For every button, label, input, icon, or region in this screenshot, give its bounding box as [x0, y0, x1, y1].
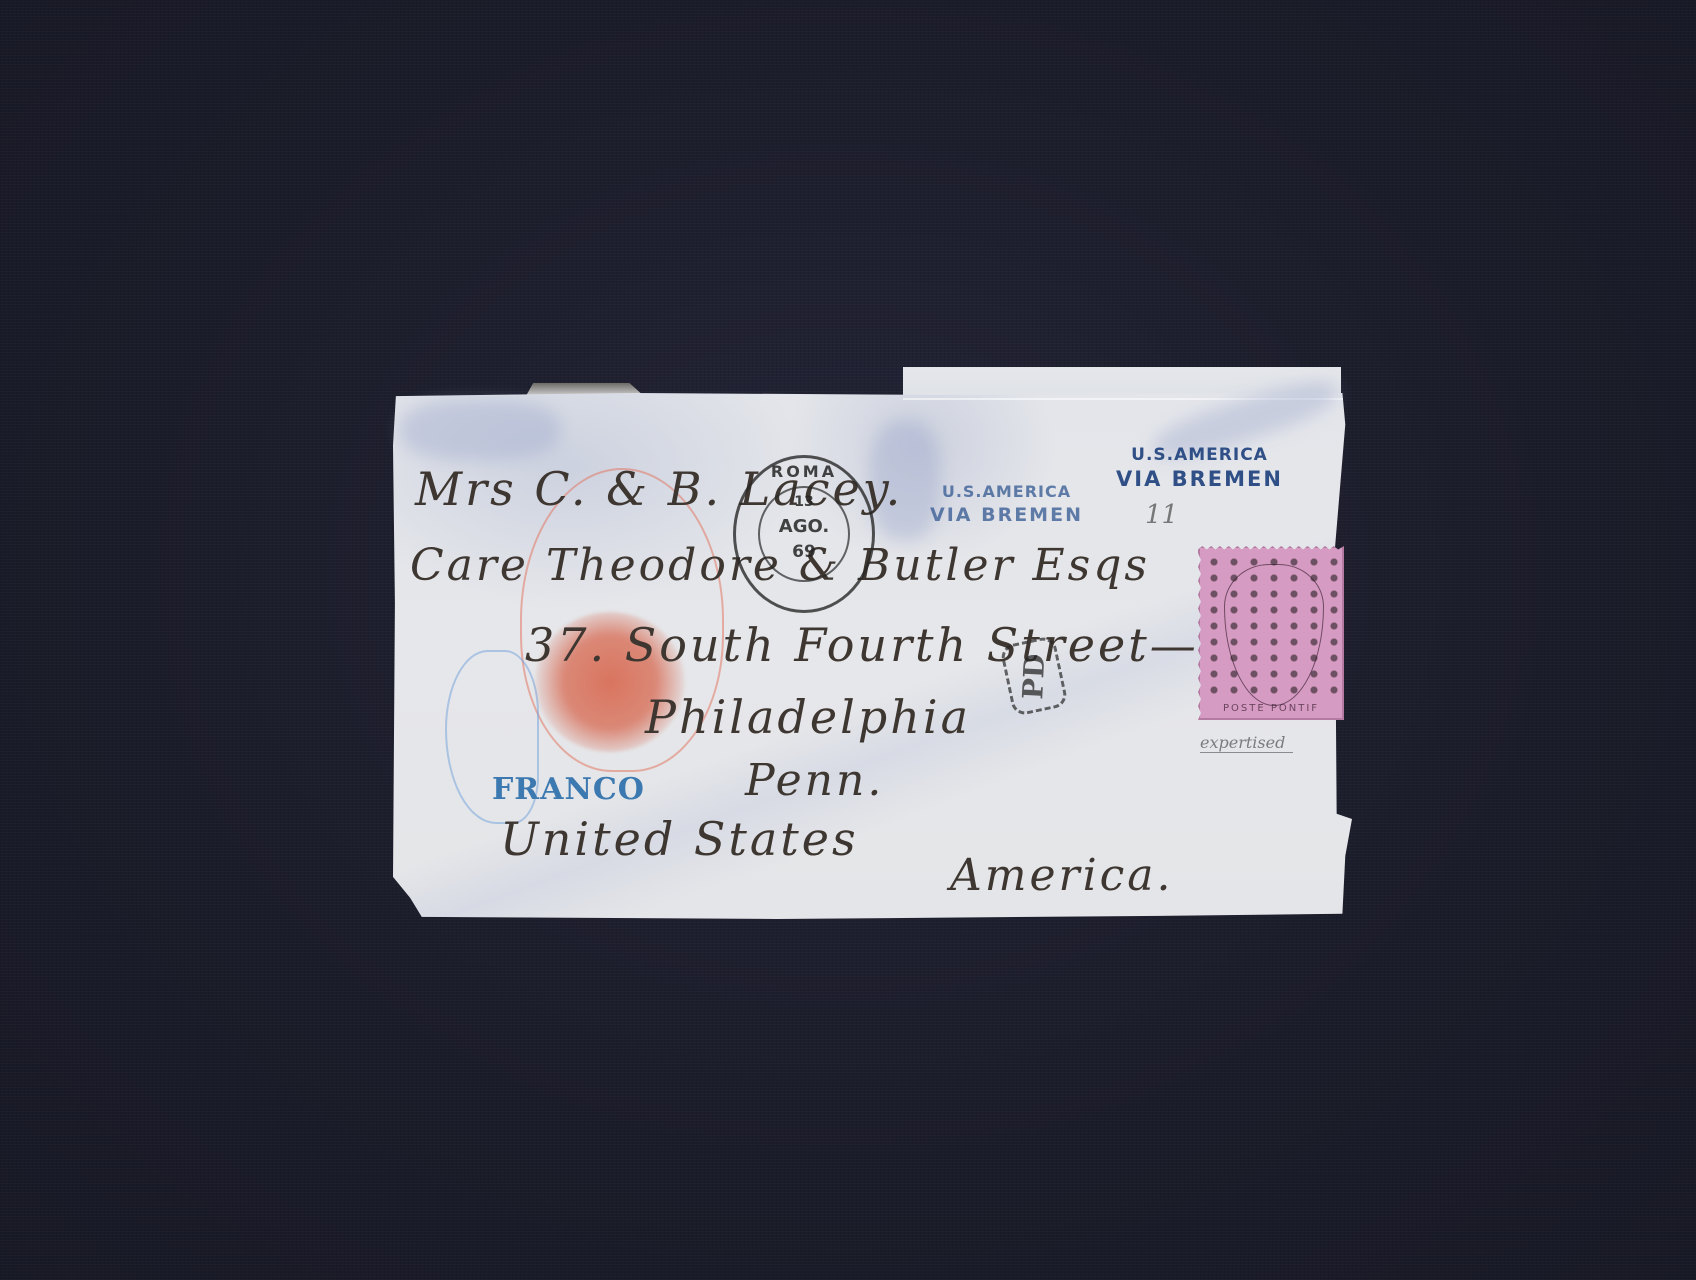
handstamp-line-us-america: U.S.AMERICA	[1116, 444, 1283, 466]
expert-signature: expertised	[1200, 733, 1293, 753]
blue-stain	[400, 400, 560, 460]
address-line-continent: America.	[950, 850, 1174, 901]
address-line-state: Penn.	[745, 755, 884, 806]
stamp-dotted-cancel	[1204, 554, 1338, 700]
handstamp-line-us-america: U.S.AMERICA	[930, 482, 1083, 503]
pd-text: PD	[1016, 652, 1051, 699]
postmark-month: AGO.	[760, 516, 848, 537]
postmark-city: ROMA	[736, 462, 872, 481]
address-line-city: Philadelphia	[645, 690, 971, 744]
papal-states-stamp: POSTE PONTIF	[1198, 546, 1344, 720]
via-bremen-handstamp: U.S.AMERICA VIA BREMEN	[1116, 444, 1283, 493]
address-line-street: 37. South Fourth Street—	[525, 618, 1199, 672]
address-line-country: United States	[500, 812, 859, 866]
postmark-day: 13	[760, 494, 848, 510]
franco-handstamp: FRANCO	[492, 772, 645, 807]
postmark-inner-ring: 13 AGO. 69	[758, 486, 850, 582]
postmark-year: 69	[760, 542, 848, 562]
handstamp-line-via-bremen: VIA BREMEN	[1116, 466, 1283, 493]
handstamp-line-via-bremen: VIA BREMEN	[930, 503, 1083, 528]
stamp-inscription: POSTE PONTIF	[1198, 703, 1344, 714]
pencil-rate-note: 11	[1145, 500, 1178, 530]
via-bremen-handstamp-faint: U.S.AMERICA VIA BREMEN	[930, 482, 1083, 527]
roma-postmark: ROMA 13 AGO. 69	[733, 455, 875, 613]
